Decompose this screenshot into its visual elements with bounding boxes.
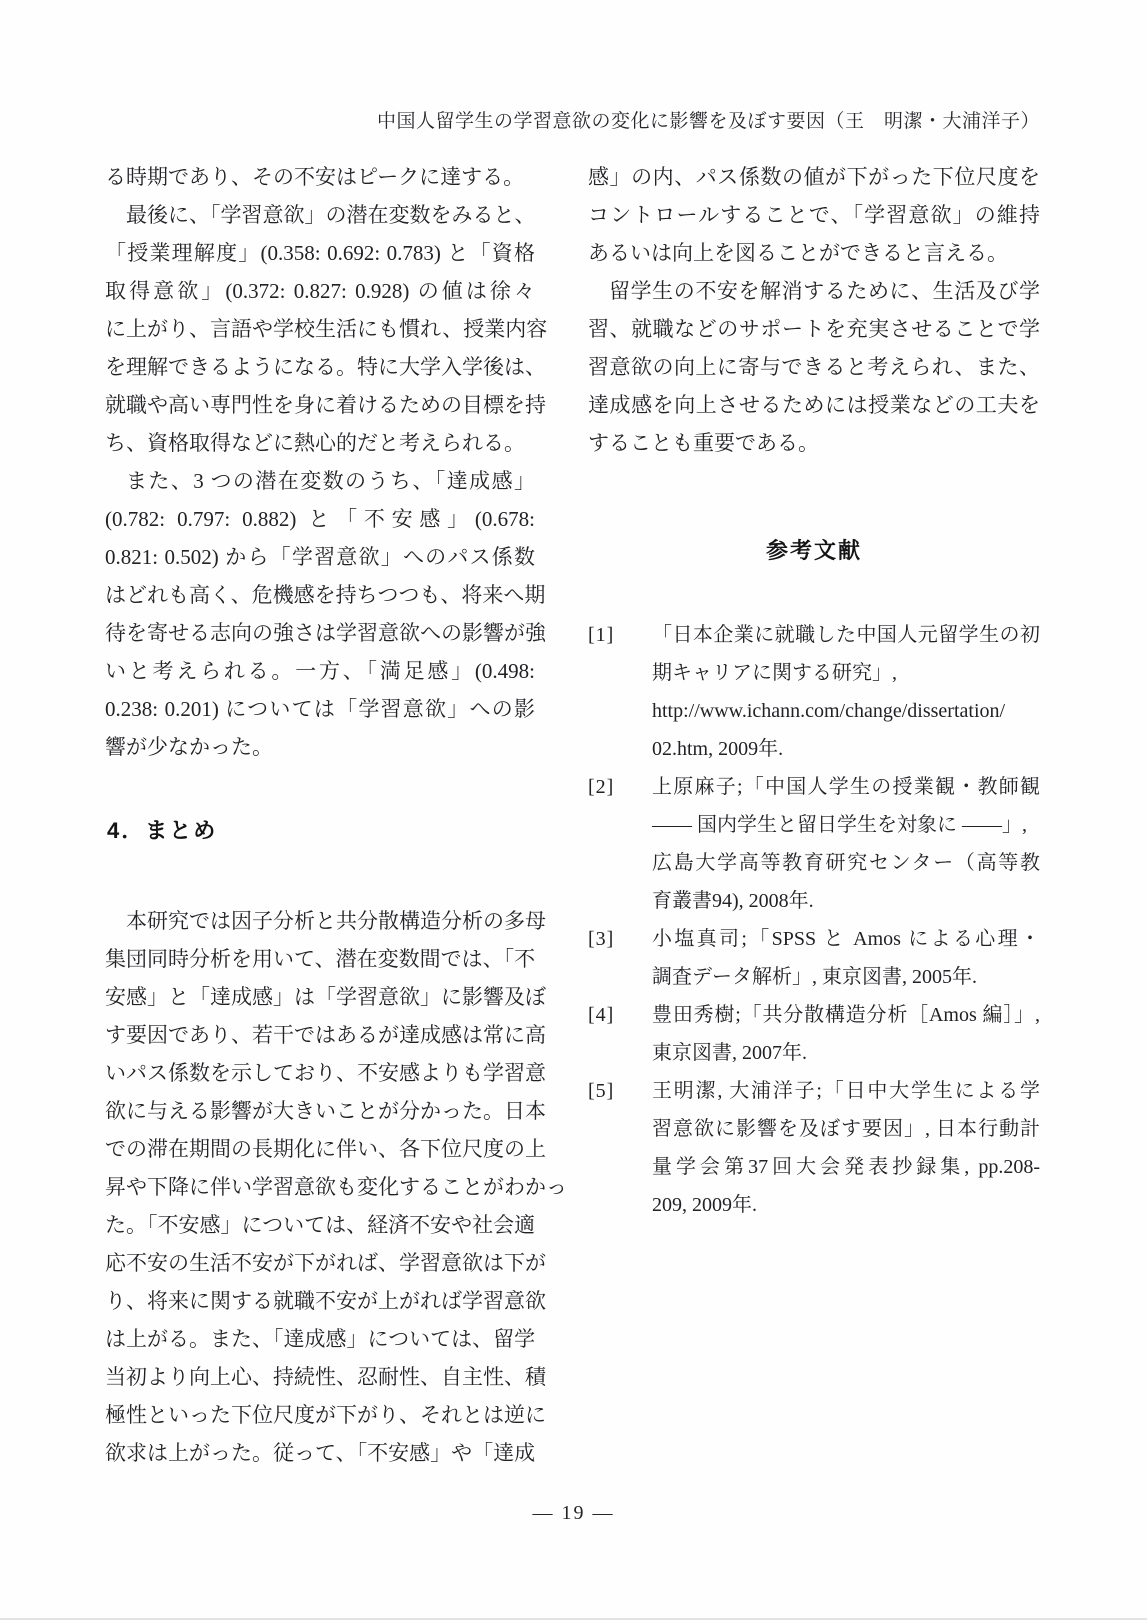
right-column-text: 感」の内、パス係数の値が下がった下位尺度をコントロールすることで、「学習意欲」の… — [588, 158, 1040, 462]
reference-label: [5] — [588, 1072, 652, 1224]
text-line: 待を寄せる志向の強さは学習意欲への影響が強 — [105, 614, 535, 652]
text-line: 習意欲の向上に寄与できると考えられ、また、 — [588, 348, 1040, 386]
text-line: 安感」と「達成感」は「学習意欲」に影響及ぼ — [105, 978, 535, 1016]
text-line: 本研究では因子分析と共分散構造分析の多母 — [105, 902, 535, 940]
text-line: 最後に、「学習意欲」の潜在変数をみると、 — [105, 196, 535, 234]
text-line: 209, 2009年. — [652, 1186, 1040, 1224]
reference-text: 豊田秀樹;「共分散構造分析［Amos 編］」,東京図書, 2007年. — [652, 996, 1040, 1072]
reference-label: [1] — [588, 616, 652, 768]
text-line: ―― 国内学生と留日学生を対象に ――」, — [652, 806, 1040, 844]
reference-item: [3]小塩真司;「SPSS と Amos による心理・調査データ解析」, 東京図… — [588, 920, 1040, 996]
text-line: はどれも高く、危機感を持ちつつも、将来へ期 — [105, 576, 535, 614]
text-line: 育叢書94), 2008年. — [652, 882, 1040, 920]
text-line: を理解できるようになる。特に大学入学後は、 — [105, 348, 535, 386]
text-line: 小塩真司;「SPSS と Amos による心理・ — [652, 920, 1040, 958]
text-line: することも重要である。 — [588, 424, 1040, 462]
text-line: 感」の内、パス係数の値が下がった下位尺度を — [588, 158, 1040, 196]
reference-item: [2]上原麻子;「中国人学生の授業観・教師観―― 国内学生と留日学生を対象に ―… — [588, 768, 1040, 920]
text-line: 留学生の不安を解消するために、生活及び学 — [588, 272, 1040, 310]
text-line: 当初より向上心、持続性、忍耐性、自主性、積 — [105, 1358, 535, 1396]
text-line: た。「不安感」については、経済不安や社会適 — [105, 1206, 535, 1244]
text-line: いと考えられる。一方、「満足感」(0.498: — [105, 652, 535, 690]
text-line: に上がり、言語や学校生活にも慣れ、授業内容 — [105, 310, 535, 348]
text-line: での滞在期間の長期化に伴い、各下位尺度の上 — [105, 1130, 535, 1168]
text-line: り、将来に関する就職不安が上がれば学習意欲 — [105, 1282, 535, 1320]
text-line: 達成感を向上させるためには授業などの工夫を — [588, 386, 1040, 424]
text-line: 昇や下降に伴い学習意欲も変化することがわかっ — [105, 1168, 535, 1206]
text-line: 就職や高い専門性を身に着けるための目標を持 — [105, 386, 535, 424]
text-line: 王明潔, 大浦洋子;「日中大学生による学 — [652, 1072, 1040, 1110]
text-line: 集団同時分析を用いて、潜在変数間では、「不 — [105, 940, 535, 978]
reference-text: 王明潔, 大浦洋子;「日中大学生による学習意欲に影響を及ぼす要因」, 日本行動計… — [652, 1072, 1040, 1224]
two-column-body: る時期であり、その不安はピークに達する。最後に、「学習意欲」の潜在変数をみると、… — [105, 158, 1040, 1472]
text-line: 調査データ解析」, 東京図書, 2005年. — [652, 958, 1040, 996]
text-line: 欲に与える影響が大きいことが分かった。日本 — [105, 1092, 535, 1130]
reference-item: [5]王明潔, 大浦洋子;「日中大学生による学習意欲に影響を及ぼす要因」, 日本… — [588, 1072, 1040, 1224]
text-line: 豊田秀樹;「共分散構造分析［Amos 編］」, — [652, 996, 1040, 1034]
text-line: また、3 つの潜在変数のうち、「達成感」 — [105, 462, 535, 500]
reference-item: [1]「日本企業に就職した中国人元留学生の初期キャリアに関する研究」,http:… — [588, 616, 1040, 768]
page-footer: — 19 — — [0, 1502, 1147, 1525]
text-line: 取得意欲」(0.372: 0.827: 0.928) の値は徐々 — [105, 272, 535, 310]
reference-text: 上原麻子;「中国人学生の授業観・教師観―― 国内学生と留日学生を対象に ――」,… — [652, 768, 1040, 920]
text-line: 0.821: 0.502) から「学習意欲」へのパス係数 — [105, 538, 535, 576]
text-line: 東京図書, 2007年. — [652, 1034, 1040, 1072]
text-line: 「授業理解度」(0.358: 0.692: 0.783) と「資格 — [105, 234, 535, 272]
references-heading: 参考文献 — [588, 536, 1040, 566]
running-title: 中国人留学生の学習意欲の変化に影響を及ぼす要因（王 明潔・大浦洋子） — [377, 111, 1040, 132]
references-list: [1]「日本企業に就職した中国人元留学生の初期キャリアに関する研究」,http:… — [588, 616, 1040, 1224]
document-page: 中国人留学生の学習意欲の変化に影響を及ぼす要因（王 明潔・大浦洋子） る時期であ… — [0, 0, 1147, 1620]
text-line: 0.238: 0.201) については「学習意欲」への影 — [105, 690, 535, 728]
reference-item: [4]豊田秀樹;「共分散構造分析［Amos 編］」,東京図書, 2007年. — [588, 996, 1040, 1072]
text-line: 習、就職などのサポートを充実させることで学 — [588, 310, 1040, 348]
text-line: る時期であり、その不安はピークに達する。 — [105, 158, 535, 196]
text-line: ち、資格取得などに熱心的だと考えられる。 — [105, 424, 535, 462]
text-line: 習意欲に影響を及ぼす要因」, 日本行動計 — [652, 1110, 1040, 1148]
page-header: 中国人留学生の学習意欲の変化に影響を及ぼす要因（王 明潔・大浦洋子） — [105, 106, 1040, 133]
text-line: 上原麻子;「中国人学生の授業観・教師観 — [652, 768, 1040, 806]
text-line: 02.htm, 2009年. — [652, 730, 1040, 768]
text-line: あるいは向上を図ることができると言える。 — [588, 234, 1040, 272]
text-line: は上がる。また、「達成感」については、留学 — [105, 1320, 535, 1358]
reference-label: [4] — [588, 996, 652, 1072]
text-line: コントロールすることで、「学習意欲」の維持 — [588, 196, 1040, 234]
text-line: 響が少なかった。 — [105, 728, 535, 766]
text-line: http://www.ichann.com/change/dissertatio… — [652, 692, 1040, 730]
right-column: 感」の内、パス係数の値が下がった下位尺度をコントロールすることで、「学習意欲」の… — [588, 158, 1040, 1472]
text-line: 期キャリアに関する研究」, — [652, 654, 1040, 692]
reference-label: [3] — [588, 920, 652, 996]
text-line: 応不安の生活不安が下がれば、学習意欲は下が — [105, 1244, 535, 1282]
text-line: いパス係数を示しており、不安感よりも学習意 — [105, 1054, 535, 1092]
text-line: 欲求は上がった。従って、「不安感」や「達成 — [105, 1434, 535, 1472]
text-line: 極性といった下位尺度が下がり、それとは逆に — [105, 1396, 535, 1434]
text-line: 「日本企業に就職した中国人元留学生の初 — [652, 616, 1040, 654]
text-line: (0.782: 0.797: 0.882) と「不安感」(0.678: — [105, 500, 535, 538]
text-line: 量学会第37回大会発表抄録集, pp.208- — [652, 1148, 1040, 1186]
reference-text: 「日本企業に就職した中国人元留学生の初期キャリアに関する研究」,http://w… — [652, 616, 1040, 768]
left-column: る時期であり、その不安はピークに達する。最後に、「学習意欲」の潜在変数をみると、… — [105, 158, 535, 1472]
text-line: す要因であり、若干ではあるが達成感は常に高 — [105, 1016, 535, 1054]
text-line: 広島大学高等教育研究センター（高等教 — [652, 844, 1040, 882]
section-heading: 4．まとめ — [107, 816, 535, 846]
reference-label: [2] — [588, 768, 652, 920]
page-number: — 19 — — [533, 1502, 615, 1524]
reference-text: 小塩真司;「SPSS と Amos による心理・調査データ解析」, 東京図書, … — [652, 920, 1040, 996]
